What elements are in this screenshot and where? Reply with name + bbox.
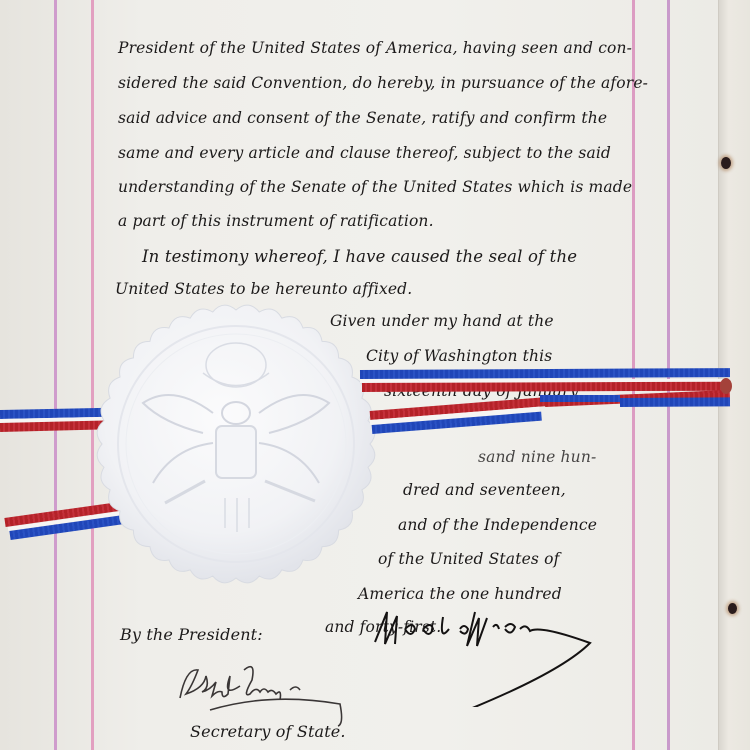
- testimony-line: In testimony whereof, I have caused the …: [142, 247, 577, 266]
- body-line: same and every article and clause thereo…: [118, 144, 611, 162]
- secretary-of-state-title: Secretary of State.: [190, 722, 346, 741]
- dating-line: and of the Independence: [398, 516, 597, 534]
- embossed-seal: [95, 303, 377, 585]
- left-margin-rule-inner: [91, 0, 94, 750]
- ribbon-end-knot: [720, 378, 732, 394]
- left-margin-rule-outer: [54, 0, 57, 750]
- president-signature: Woodrow Wilson: [365, 597, 595, 707]
- great-seal-eagle-icon: [95, 303, 377, 585]
- binding-hole-bottom: [728, 603, 737, 614]
- body-line: understanding of the Senate of the Unite…: [118, 178, 632, 196]
- dating-line: of the United States of: [378, 550, 559, 568]
- dating-line: City of Washington this: [366, 347, 552, 365]
- dating-line: dred and seventeen,: [403, 481, 566, 499]
- body-line: a part of this instrument of ratificatio…: [118, 212, 434, 230]
- body-line: President of the United States of Americ…: [118, 39, 632, 57]
- binding-hole-top: [721, 157, 731, 169]
- body-line: sidered the said Convention, do hereby, …: [118, 74, 648, 92]
- testimony-line: United States to be hereunto affixed.: [115, 280, 412, 298]
- dating-line-partially-obscured: sand nine hun-: [478, 448, 596, 466]
- by-the-president-label: By the President:: [120, 625, 263, 644]
- secretary-signature: Robert Lansing: [170, 660, 360, 730]
- body-line: said advice and consent of the Senate, r…: [118, 109, 607, 127]
